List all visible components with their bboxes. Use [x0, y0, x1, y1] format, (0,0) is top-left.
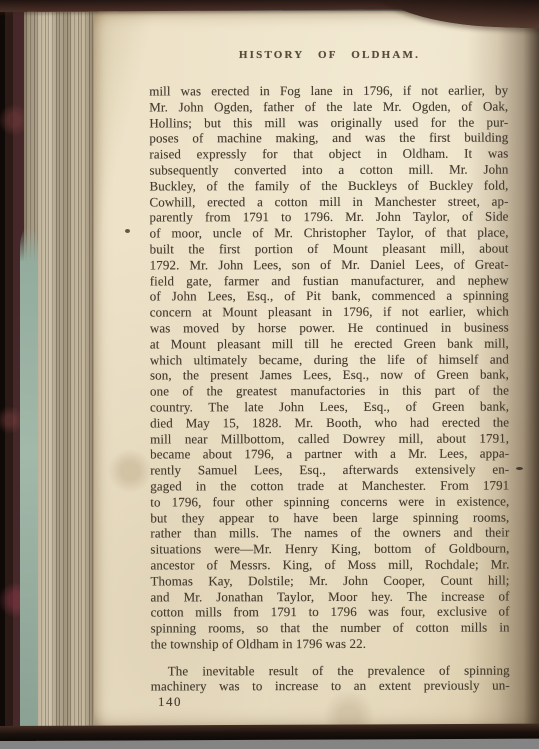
- text-line: country. The late John Lees, Esq., of Gr…: [150, 398, 509, 415]
- text-line: cotton mills from 1791 to 1796 was four,…: [151, 604, 510, 621]
- text-line: Mr. John Ogden, father of the late Mr. O…: [149, 98, 508, 115]
- text-line: The inevitable result of the prevalence …: [151, 662, 510, 679]
- text-line: situations were—Mr. Henry King, bottom o…: [150, 541, 509, 558]
- text-line: field gate, farmer and fustian manufactu…: [150, 272, 509, 289]
- text-line: son, the present James Lees, Esq., now o…: [150, 367, 509, 384]
- book-cover-bottom-edge: [0, 724, 539, 741]
- ink-speck-left-margin: [125, 229, 130, 233]
- page-number: 140: [158, 694, 182, 710]
- text-line: poses of machine making, and was the fir…: [149, 130, 508, 147]
- text-line: rently Samuel Lees, Esq., afterwards ext…: [150, 462, 509, 479]
- text-line: Buckley, of the family of the Buckleys o…: [149, 177, 508, 194]
- paragraph-1: mill was erected in Fog lane in 1796, if…: [149, 83, 509, 653]
- endpaper-edge: [20, 228, 38, 728]
- book-scan: HISTORY OF OLDHAM. mill was erected in F…: [0, 0, 539, 749]
- text-line: concern at Mount pleasant in 1796, if no…: [150, 304, 509, 321]
- text-line: died May 15, 1828. Mr. Booth, who had er…: [150, 414, 509, 431]
- text-line: gaged in the cotton trade at Manchester.…: [150, 477, 509, 494]
- text-line: of moor, uncle of Mr. Christopher Taylor…: [150, 225, 509, 242]
- text-line: to 1796, four other spinning concerns we…: [150, 493, 509, 510]
- text-line: 1792. Mr. John Lees, son of Mr. Daniel L…: [150, 256, 509, 273]
- text-line: was moved by horse power. He continued i…: [150, 319, 509, 336]
- text-line: mill was erected in Fog lane in 1796, if…: [149, 83, 508, 100]
- text-line: of John Lees, Esq., of Pit bank, commenc…: [150, 288, 509, 305]
- text-line: the township of Oldham in 1796 was 22.: [151, 635, 510, 652]
- text-line: became about 1796, a partner with a Mr. …: [150, 446, 509, 463]
- text-line: subsequently converted into a cotton mil…: [149, 162, 508, 179]
- ink-speck-right-margin: [516, 467, 523, 470]
- text-line: which ultimately became, during the life…: [150, 351, 509, 368]
- text-line: rather than mills. The names of the owne…: [150, 525, 509, 542]
- running-header: HISTORY OF OLDHAM.: [150, 49, 509, 61]
- text-line: ancestor of Messrs. King, of Moss mill, …: [150, 556, 509, 573]
- paragraph-2: The inevitable result of the prevalence …: [151, 662, 510, 695]
- text-line: Thomas Kay, Dolstile; Mr. John Cooper, C…: [150, 572, 509, 589]
- text-line: Hollins; but this mill was originally us…: [149, 114, 508, 131]
- text-line: but they appear to have been large spinn…: [150, 509, 509, 526]
- text-block: mill was erected in Fog lane in 1796, if…: [149, 83, 510, 695]
- text-line: mill near Millbottom, called Dowrey mill…: [150, 430, 509, 447]
- text-line: built the first portion of Mount pleasan…: [150, 240, 509, 257]
- text-line: at Mount pleasant mill till he erected G…: [150, 335, 509, 352]
- text-line: spinning rooms, so that the number of co…: [151, 620, 510, 637]
- text-line: Cowhill, erected a cotton mill in Manche…: [149, 193, 508, 210]
- text-line: raised expressly for that object in Oldh…: [149, 146, 508, 163]
- text-line: parently from 1791 to 1796. Mr. John Tay…: [150, 209, 509, 226]
- text-line: one of the greatest manufactories in thi…: [150, 383, 509, 400]
- text-line: machinery was to increase to an extent p…: [151, 678, 510, 695]
- text-line: and Mr. Jonathan Taylor, Moor hey. The i…: [151, 588, 510, 605]
